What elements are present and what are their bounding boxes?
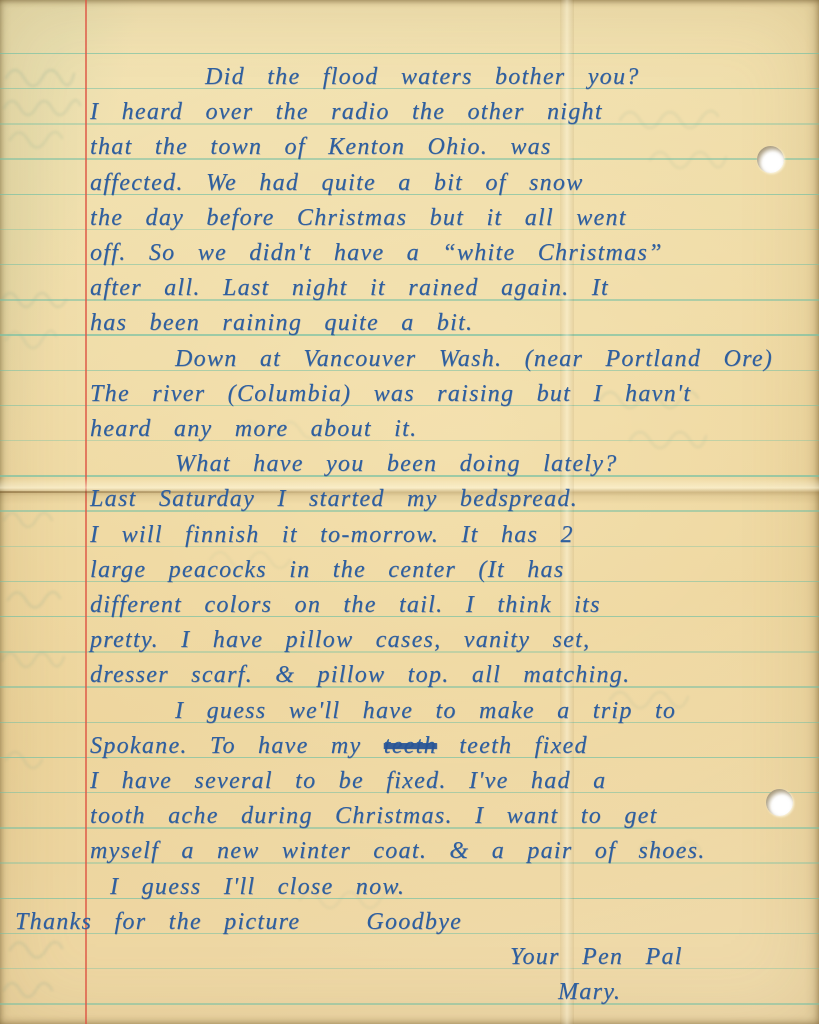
red-margin-line <box>85 0 87 1024</box>
handwritten-text: off. So we didn't have a “white Christma… <box>90 240 663 266</box>
struck-out-word: teeth <box>384 733 437 759</box>
handwritten-text: affected. We had quite a bit of snow <box>90 170 584 196</box>
handwritten-line: I guess we'll have to make a trip to <box>90 694 789 728</box>
handwritten-text: I have several to be fixed. I've had a <box>90 768 606 794</box>
handwritten-text: Last Saturday I started my bedspread. <box>90 486 578 512</box>
handwritten-line: I heard over the radio the other night <box>90 95 789 129</box>
handwritten-text: I heard over the radio the other night <box>90 99 603 125</box>
handwritten-line: the day before Christmas but it all went <box>90 201 789 235</box>
handwritten-line: heard any more about it. <box>90 412 789 446</box>
punch-hole-top <box>757 146 784 173</box>
handwritten-text: the day before Christmas but it all went <box>90 205 627 231</box>
handwritten-text: tooth ache during Christmas. I want to g… <box>90 803 658 829</box>
punch-hole-bottom <box>766 789 793 816</box>
handwriting-layer: Did the flood waters bother you?I heard … <box>90 0 789 1024</box>
handwritten-line: myself a new winter coat. & a pair of sh… <box>90 834 789 868</box>
handwritten-text: myself a new winter coat. & a pair of sh… <box>90 838 706 864</box>
handwritten-text: Goodbye <box>366 909 462 935</box>
handwritten-text: Mary. <box>558 979 621 1005</box>
handwritten-text: dresser scarf. & pillow top. all matchin… <box>90 662 630 688</box>
handwritten-text: I guess we'll have to make a trip to <box>175 698 676 724</box>
handwritten-line: different colors on the tail. I think it… <box>90 588 789 622</box>
handwritten-line: Thanks for the pictureGoodbye <box>15 905 789 939</box>
handwritten-line: has been raining quite a bit. <box>90 306 789 340</box>
handwritten-text: after all. Last night it rained again. I… <box>90 275 609 301</box>
handwritten-line: affected. We had quite a bit of snow <box>90 166 789 200</box>
handwritten-text: Your Pen Pal <box>510 944 683 970</box>
handwritten-line: Spokane. To have my teeth teeth fixed <box>90 729 789 763</box>
handwritten-line: Your Pen Pal <box>90 940 789 974</box>
handwritten-line: Down at Vancouver Wash. (near Portland O… <box>90 342 789 376</box>
handwritten-text: has been raining quite a bit. <box>90 310 473 336</box>
handwritten-line: I guess I'll close now. <box>90 870 789 904</box>
handwritten-text: Spokane. To have my <box>90 733 384 759</box>
handwritten-text: Did the flood waters bother you? <box>205 64 640 90</box>
handwritten-text: Down at Vancouver Wash. (near Portland O… <box>175 346 773 372</box>
handwritten-text: What have you been doing lately? <box>175 451 618 477</box>
handwritten-line: after all. Last night it rained again. I… <box>90 271 789 305</box>
handwritten-line: Did the flood waters bother you? <box>90 60 789 94</box>
handwritten-line: pretty. I have pillow cases, vanity set, <box>90 623 789 657</box>
handwritten-text: pretty. I have pillow cases, vanity set, <box>90 627 590 653</box>
handwritten-text: teeth fixed <box>437 733 588 759</box>
handwritten-text: I guess I'll close now. <box>110 874 405 900</box>
handwritten-text: large peacocks in the center (It has <box>90 557 564 583</box>
handwritten-line: Last Saturday I started my bedspread. <box>90 482 789 516</box>
handwritten-text: I will finnish it to-morrow. It has 2 <box>90 522 574 548</box>
handwritten-line: I have several to be fixed. I've had a <box>90 764 789 798</box>
handwritten-text: different colors on the tail. I think it… <box>90 592 601 618</box>
handwritten-line: that the town of Kenton Ohio. was <box>90 130 789 164</box>
handwritten-line: I will finnish it to-morrow. It has 2 <box>90 518 789 552</box>
handwritten-line: dresser scarf. & pillow top. all matchin… <box>90 658 789 692</box>
handwritten-text: Thanks for the picture <box>15 909 300 935</box>
handwritten-text: heard any more about it. <box>90 416 417 442</box>
handwritten-text: that the town of Kenton Ohio. was <box>90 134 552 160</box>
handwritten-line: Mary. <box>90 975 789 1009</box>
handwritten-line: off. So we didn't have a “white Christma… <box>90 236 789 270</box>
handwritten-line: tooth ache during Christmas. I want to g… <box>90 799 789 833</box>
letter-sheet: Did the flood waters bother you?I heard … <box>0 0 819 1024</box>
handwritten-line: What have you been doing lately? <box>90 447 789 481</box>
handwritten-text: The river (Columbia) was raising but I h… <box>90 381 691 407</box>
handwritten-line: The river (Columbia) was raising but I h… <box>90 377 789 411</box>
handwritten-line: large peacocks in the center (It has <box>90 553 789 587</box>
